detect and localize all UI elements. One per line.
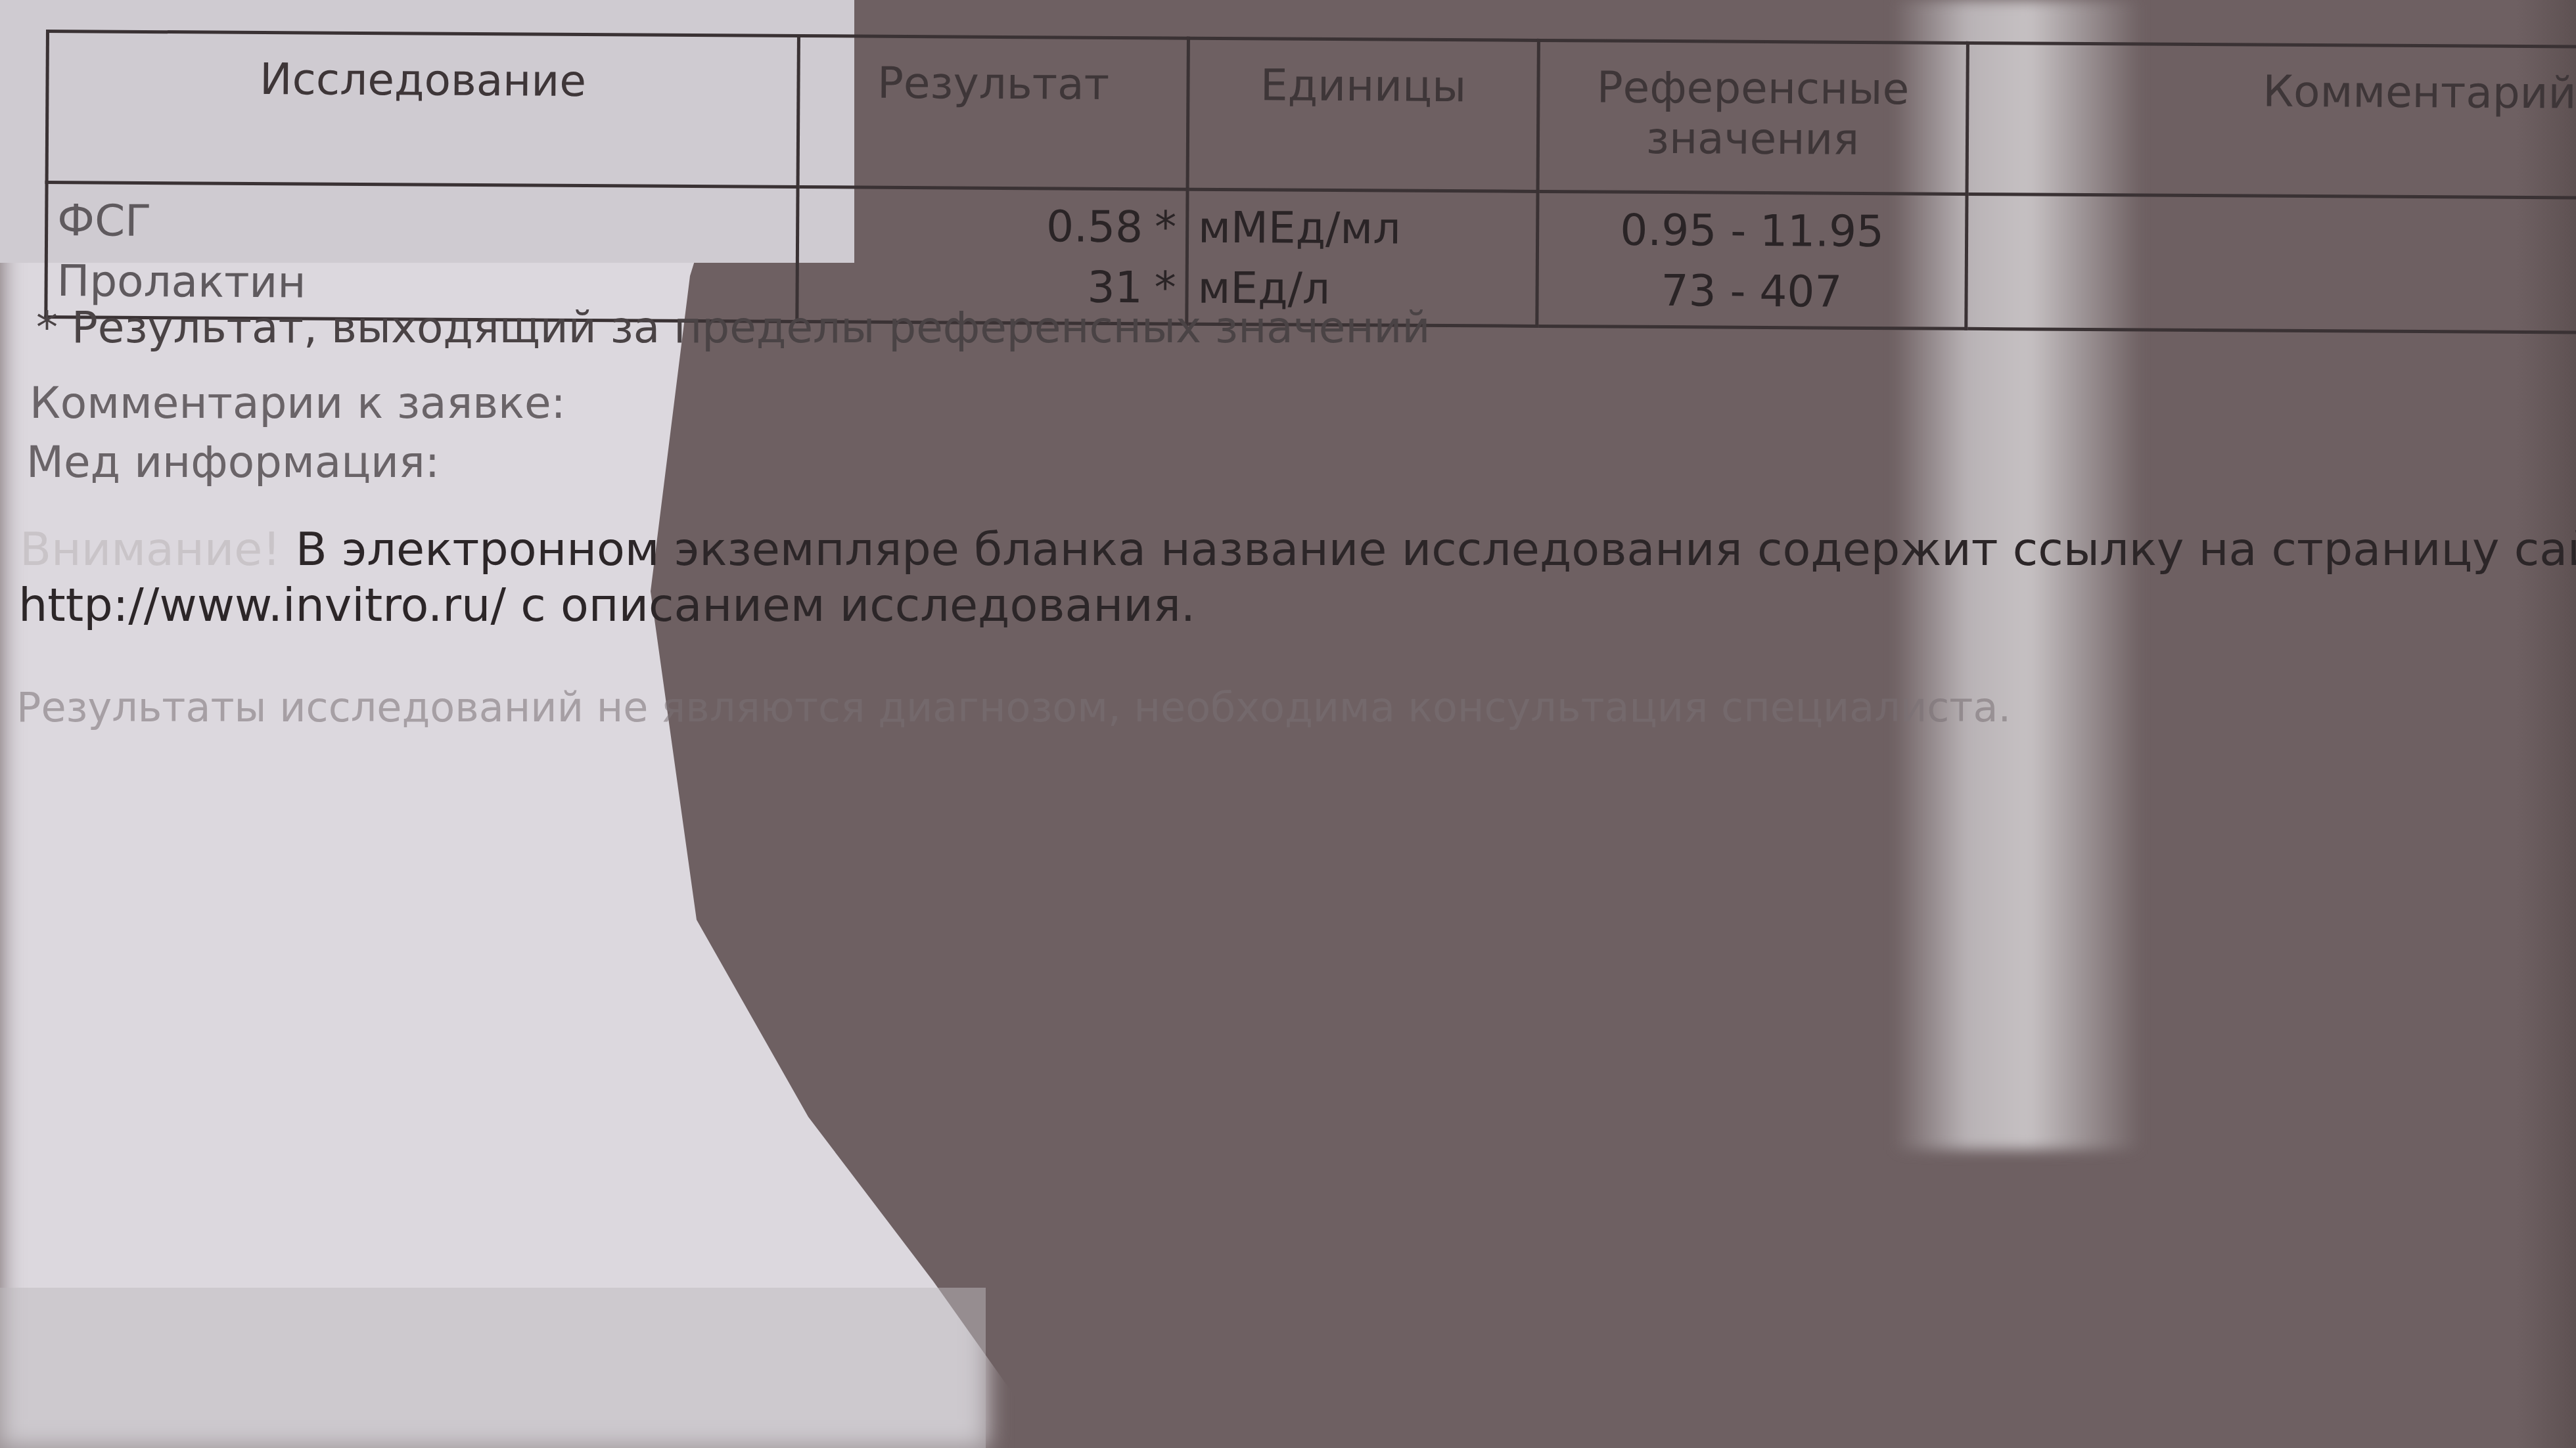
notice-label: Внимание! (20, 522, 281, 576)
header-result: Результат (798, 35, 1188, 189)
comment-fsh (1977, 202, 2575, 206)
comment-prolactin (1977, 202, 2575, 206)
reference-prolactin: 73 - 407 (1548, 260, 1956, 323)
reference-fsh: 0.95 - 11.95 (1548, 200, 1956, 263)
header-test: Исследование (47, 32, 798, 187)
request-comments-label: Комментарии к заявке: (30, 378, 566, 428)
header-comment: Комментарий (1967, 43, 2576, 198)
test-name-fsh: ФСГ (57, 191, 787, 256)
row-test-cell: ФСГ Пролактин (46, 183, 798, 322)
row-comment-cell (1966, 194, 2576, 332)
lab-results-document: Исследование Результат Единицы Референсн… (0, 0, 2576, 1448)
results-table: Исследование Результат Единицы Референсн… (44, 30, 2576, 334)
out-of-range-footnote: * Результат, выходящий за пределы рефере… (36, 302, 1430, 353)
med-info-label: Мед информация: (26, 437, 440, 487)
out-of-range-flag: * (1155, 202, 1176, 252)
units-fsh: мМЕд/мл (1198, 198, 1527, 260)
disclaimer: Результаты исследований не являются диаг… (16, 683, 2011, 731)
header-units: Единицы (1187, 38, 1538, 191)
header-reference: Референсные значения (1538, 40, 1967, 194)
notice-line-2: http://www.invitro.ru/ с описанием иссле… (18, 578, 1195, 632)
notice-line-1: Внимание! В электронном экземпляре бланк… (20, 522, 2576, 576)
table-header-row: Исследование Результат Единицы Референсн… (47, 32, 2576, 198)
row-reference-cell: 0.95 - 11.95 73 - 407 (1537, 191, 1967, 328)
result-fsh: 0.58 (1046, 201, 1143, 252)
notice-text-1: В электронном экземпляре бланка название… (296, 522, 2576, 576)
